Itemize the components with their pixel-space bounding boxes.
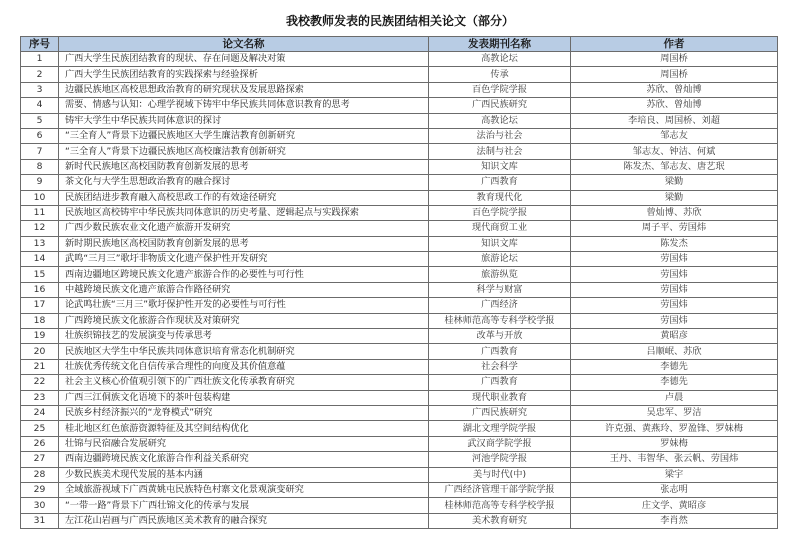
table-header-row: 序号 论文名称 发表期刊名称 作者 (21, 37, 778, 52)
table-row: 5铸牢大学生中华民族共同体意识的探讨高教论坛李培良、周国桥、刘超 (21, 113, 778, 128)
journal-name: 桂林师范高等专科学校学报 (429, 498, 571, 513)
column-header-author: 作者 (571, 37, 778, 52)
journal-name: 美术教育研究 (429, 513, 571, 528)
paper-title: 新时代民族地区高校国防教育创新发展的思考 (59, 159, 429, 174)
row-index: 1 (21, 52, 59, 67)
row-index: 19 (21, 329, 59, 344)
author-names: 苏欣、曾灿博 (571, 98, 778, 113)
author-names: 李培良、周国桥、刘超 (571, 113, 778, 128)
journal-name: 现代职业教育 (429, 390, 571, 405)
author-names: 陈发杰 (571, 236, 778, 251)
author-names: 李肖然 (571, 513, 778, 528)
author-names: 吕顺岷、苏欣 (571, 344, 778, 359)
row-index: 12 (21, 221, 59, 236)
row-index: 17 (21, 298, 59, 313)
author-names: 庄文学、黄昭彦 (571, 498, 778, 513)
row-index: 2 (21, 67, 59, 82)
table-row: 12广西少数民族农业文化遗产旅游开发研究现代商贸工业周子平、劳国炜 (21, 221, 778, 236)
author-names: 劳国炜 (571, 267, 778, 282)
author-names: 陈发杰、邹志友、唐艺珉 (571, 159, 778, 174)
author-names: 邹志友、钟洁、何斌 (571, 144, 778, 159)
paper-title: 民族地区大学生中华民族共同体意识培育常态化机制研究 (59, 344, 429, 359)
author-names: 卢晨 (571, 390, 778, 405)
journal-name: 百色学院学报 (429, 82, 571, 97)
paper-title: 民族地区高校铸牢中华民族共同体意识的历史考量、逻辑起点与实践探索 (59, 205, 429, 220)
column-header-index: 序号 (21, 37, 59, 52)
row-index: 24 (21, 405, 59, 420)
paper-title: 铸牢大学生中华民族共同体意识的探讨 (59, 113, 429, 128)
table-row: 27西南边疆跨境民族文化旅游合作利益关系研究河池学院学报王丹、韦智华、张云帆、劳… (21, 452, 778, 467)
row-index: 27 (21, 452, 59, 467)
journal-name: 法治与社会 (429, 128, 571, 143)
author-names: 周国桥 (571, 52, 778, 67)
table-row: 7“三全育人”背景下边疆民族地区高校廉洁教育创新研究法制与社会邹志友、钟洁、何斌 (21, 144, 778, 159)
paper-title: 少数民族美术现代发展的基本内涵 (59, 467, 429, 482)
table-row: 29全域旅游视域下广西黄姚屯民族特色村寨文化景观演变研究广西经济管理干部学院学报… (21, 482, 778, 497)
row-index: 22 (21, 375, 59, 390)
journal-name: 广西民族研究 (429, 405, 571, 420)
author-names: 劳国炜 (571, 298, 778, 313)
table-row: 24民族乡村经济振兴的“龙脊模式”研究广西民族研究吴忠军、罗洁 (21, 405, 778, 420)
journal-name: 广西经济 (429, 298, 571, 313)
journal-name: 知识文库 (429, 236, 571, 251)
journal-name: 现代商贸工业 (429, 221, 571, 236)
table-row: 26壮锦与民宿融合发展研究武汉商学院学报罗妹梅 (21, 436, 778, 451)
table-row: 11民族地区高校铸牢中华民族共同体意识的历史考量、逻辑起点与实践探索百色学院学报… (21, 205, 778, 220)
author-names: 劳国炜 (571, 282, 778, 297)
row-index: 11 (21, 205, 59, 220)
journal-name: 广西经济管理干部学院学报 (429, 482, 571, 497)
row-index: 23 (21, 390, 59, 405)
table-row: 4需要、情感与认知：心理学视域下铸牢中华民族共同体意识教育的思考广西民族研究苏欣… (21, 98, 778, 113)
row-index: 14 (21, 252, 59, 267)
journal-name: 广西教育 (429, 175, 571, 190)
table-row: 17论武鸣壮族“三月三”歌圩保护性开发的必要性与可行性广西经济劳国炜 (21, 298, 778, 313)
row-index: 31 (21, 513, 59, 528)
row-index: 7 (21, 144, 59, 159)
row-index: 3 (21, 82, 59, 97)
table-row: 21壮族优秀传统文化自信传承合理性的向度及其价值意蕴社会科学李德先 (21, 359, 778, 374)
author-names: 曾灿博、苏欣 (571, 205, 778, 220)
table-row: 8新时代民族地区高校国防教育创新发展的思考知识文库陈发杰、邹志友、唐艺珉 (21, 159, 778, 174)
author-names: 周子平、劳国炜 (571, 221, 778, 236)
author-names: 吴忠军、罗洁 (571, 405, 778, 420)
paper-title: 边疆民族地区高校思想政治教育的研究现状及发展思路探索 (59, 82, 429, 97)
table-row: 2广西大学生民族团结教育的实践探索与经验探析传承周国桥 (21, 67, 778, 82)
paper-title: 壮族织锦技艺的发展演变与传承思考 (59, 329, 429, 344)
journal-name: 知识文库 (429, 159, 571, 174)
journal-name: 广西教育 (429, 375, 571, 390)
journal-name: 高教论坛 (429, 113, 571, 128)
column-header-journal: 发表期刊名称 (429, 37, 571, 52)
table-row: 14武鸣“三月三”歌圩非物质文化遗产保护性开发研究旅游论坛劳国炜 (21, 252, 778, 267)
table-row: 9茶文化与大学生思想政治教育的融合探讨广西教育梁勤 (21, 175, 778, 190)
row-index: 18 (21, 313, 59, 328)
table-row: 30“一带一路”背景下广西壮锦文化的传承与发展桂林师范高等专科学校学报庄文学、黄… (21, 498, 778, 513)
row-index: 13 (21, 236, 59, 251)
table-row: 1广西大学生民族团结教育的现状、存在问题及解决对策高教论坛周国桥 (21, 52, 778, 67)
author-names: 劳国炜 (571, 313, 778, 328)
paper-title: 壮锦与民宿融合发展研究 (59, 436, 429, 451)
author-names: 梁勤 (571, 175, 778, 190)
row-index: 25 (21, 421, 59, 436)
row-index: 9 (21, 175, 59, 190)
table-row: 28少数民族美术现代发展的基本内涵美与时代(中)梁宇 (21, 467, 778, 482)
row-index: 8 (21, 159, 59, 174)
row-index: 5 (21, 113, 59, 128)
paper-title: “三全育人”背景下边疆民族地区高校廉洁教育创新研究 (59, 144, 429, 159)
table-row: 13新时期民族地区高校国防教育创新发展的思考知识文库陈发杰 (21, 236, 778, 251)
table-row: 15西南边疆地区跨境民族文化遗产旅游合作的必要性与可行性旅游纵览劳国炜 (21, 267, 778, 282)
journal-name: 桂林师范高等专科学校学报 (429, 313, 571, 328)
table-row: 3边疆民族地区高校思想政治教育的研究现状及发展思路探索百色学院学报苏欣、曾灿博 (21, 82, 778, 97)
journal-name: 社会科学 (429, 359, 571, 374)
paper-title: 论武鸣壮族“三月三”歌圩保护性开发的必要性与可行性 (59, 298, 429, 313)
table-row: 16中越跨境民族文化遗产旅游合作路径研究科学与财富劳国炜 (21, 282, 778, 297)
author-names: 张志明 (571, 482, 778, 497)
journal-name: 教育现代化 (429, 190, 571, 205)
row-index: 6 (21, 128, 59, 143)
journal-name: 百色学院学报 (429, 205, 571, 220)
author-names: 黄昭彦 (571, 329, 778, 344)
paper-title: 桂北地区红色旅游资源特征及其空间结构优化 (59, 421, 429, 436)
journal-name: 广西教育 (429, 344, 571, 359)
journal-name: 科学与财富 (429, 282, 571, 297)
journal-name: 武汉商学院学报 (429, 436, 571, 451)
paper-title: 广西少数民族农业文化遗产旅游开发研究 (59, 221, 429, 236)
row-index: 26 (21, 436, 59, 451)
author-names: 罗妹梅 (571, 436, 778, 451)
row-index: 28 (21, 467, 59, 482)
table-row: 6“三全育人”背景下边疆民族地区大学生廉洁教育创新研究法治与社会邹志友 (21, 128, 778, 143)
table-row: 20民族地区大学生中华民族共同体意识培育常态化机制研究广西教育吕顺岷、苏欣 (21, 344, 778, 359)
author-names: 苏欣、曾灿博 (571, 82, 778, 97)
paper-title: 广西三江侗族文化语境下的茶叶包装构建 (59, 390, 429, 405)
author-names: 李德先 (571, 375, 778, 390)
document-title: 我校教师发表的民族团结相关论文（部分） (0, 12, 800, 29)
table-row: 25桂北地区红色旅游资源特征及其空间结构优化湖北文理学院学报许克强、黄燕玲、罗盈… (21, 421, 778, 436)
paper-title: 广西大学生民族团结教育的实践探索与经验探析 (59, 67, 429, 82)
journal-name: 高教论坛 (429, 52, 571, 67)
author-names: 王丹、韦智华、张云帆、劳国炜 (571, 452, 778, 467)
paper-title: 民族乡村经济振兴的“龙脊模式”研究 (59, 405, 429, 420)
row-index: 15 (21, 267, 59, 282)
journal-name: 美与时代(中) (429, 467, 571, 482)
journal-name: 湖北文理学院学报 (429, 421, 571, 436)
journal-name: 旅游论坛 (429, 252, 571, 267)
paper-title: 需要、情感与认知：心理学视域下铸牢中华民族共同体意识教育的思考 (59, 98, 429, 113)
journal-name: 广西民族研究 (429, 98, 571, 113)
author-names: 邹志友 (571, 128, 778, 143)
row-index: 16 (21, 282, 59, 297)
paper-title: 民族团结进步教育融入高校思政工作的有效途径研究 (59, 190, 429, 205)
paper-title: 西南边疆地区跨境民族文化遗产旅游合作的必要性与可行性 (59, 267, 429, 282)
paper-title: 左江花山岩画与广西民族地区美术教育的融合探究 (59, 513, 429, 528)
journal-name: 旅游纵览 (429, 267, 571, 282)
row-index: 30 (21, 498, 59, 513)
paper-title: 壮族优秀传统文化自信传承合理性的向度及其价值意蕴 (59, 359, 429, 374)
author-names: 李德先 (571, 359, 778, 374)
paper-title: 中越跨境民族文化遗产旅游合作路径研究 (59, 282, 429, 297)
row-index: 29 (21, 482, 59, 497)
row-index: 21 (21, 359, 59, 374)
table-row: 31左江花山岩画与广西民族地区美术教育的融合探究美术教育研究李肖然 (21, 513, 778, 528)
paper-title: 新时期民族地区高校国防教育创新发展的思考 (59, 236, 429, 251)
journal-name: 改革与开放 (429, 329, 571, 344)
table-row: 18广西跨境民族文化旅游合作现状及对策研究桂林师范高等专科学校学报劳国炜 (21, 313, 778, 328)
journal-name: 河池学院学报 (429, 452, 571, 467)
paper-title: “三全育人”背景下边疆民族地区大学生廉洁教育创新研究 (59, 128, 429, 143)
journal-name: 传承 (429, 67, 571, 82)
table-row: 10民族团结进步教育融入高校思政工作的有效途径研究教育现代化梁勤 (21, 190, 778, 205)
row-index: 10 (21, 190, 59, 205)
author-names: 梁勤 (571, 190, 778, 205)
table-row: 23广西三江侗族文化语境下的茶叶包装构建现代职业教育卢晨 (21, 390, 778, 405)
table-row: 22社会主义核心价值观引领下的广西壮族文化传承教育研究广西教育李德先 (21, 375, 778, 390)
author-names: 梁宇 (571, 467, 778, 482)
journal-name: 法制与社会 (429, 144, 571, 159)
author-names: 许克强、黄燕玲、罗盈锋、罗妹梅 (571, 421, 778, 436)
paper-title: 茶文化与大学生思想政治教育的融合探讨 (59, 175, 429, 190)
column-header-paper-title: 论文名称 (59, 37, 429, 52)
paper-title: 西南边疆跨境民族文化旅游合作利益关系研究 (59, 452, 429, 467)
paper-title: 广西大学生民族团结教育的现状、存在问题及解决对策 (59, 52, 429, 67)
paper-title: 广西跨境民族文化旅游合作现状及对策研究 (59, 313, 429, 328)
papers-table: 序号 论文名称 发表期刊名称 作者 1广西大学生民族团结教育的现状、存在问题及解… (20, 36, 778, 529)
row-index: 4 (21, 98, 59, 113)
paper-title: 武鸣“三月三”歌圩非物质文化遗产保护性开发研究 (59, 252, 429, 267)
row-index: 20 (21, 344, 59, 359)
author-names: 周国桥 (571, 67, 778, 82)
table-row: 19壮族织锦技艺的发展演变与传承思考改革与开放黄昭彦 (21, 329, 778, 344)
paper-title: “一带一路”背景下广西壮锦文化的传承与发展 (59, 498, 429, 513)
author-names: 劳国炜 (571, 252, 778, 267)
paper-title: 社会主义核心价值观引领下的广西壮族文化传承教育研究 (59, 375, 429, 390)
paper-title: 全域旅游视域下广西黄姚屯民族特色村寨文化景观演变研究 (59, 482, 429, 497)
